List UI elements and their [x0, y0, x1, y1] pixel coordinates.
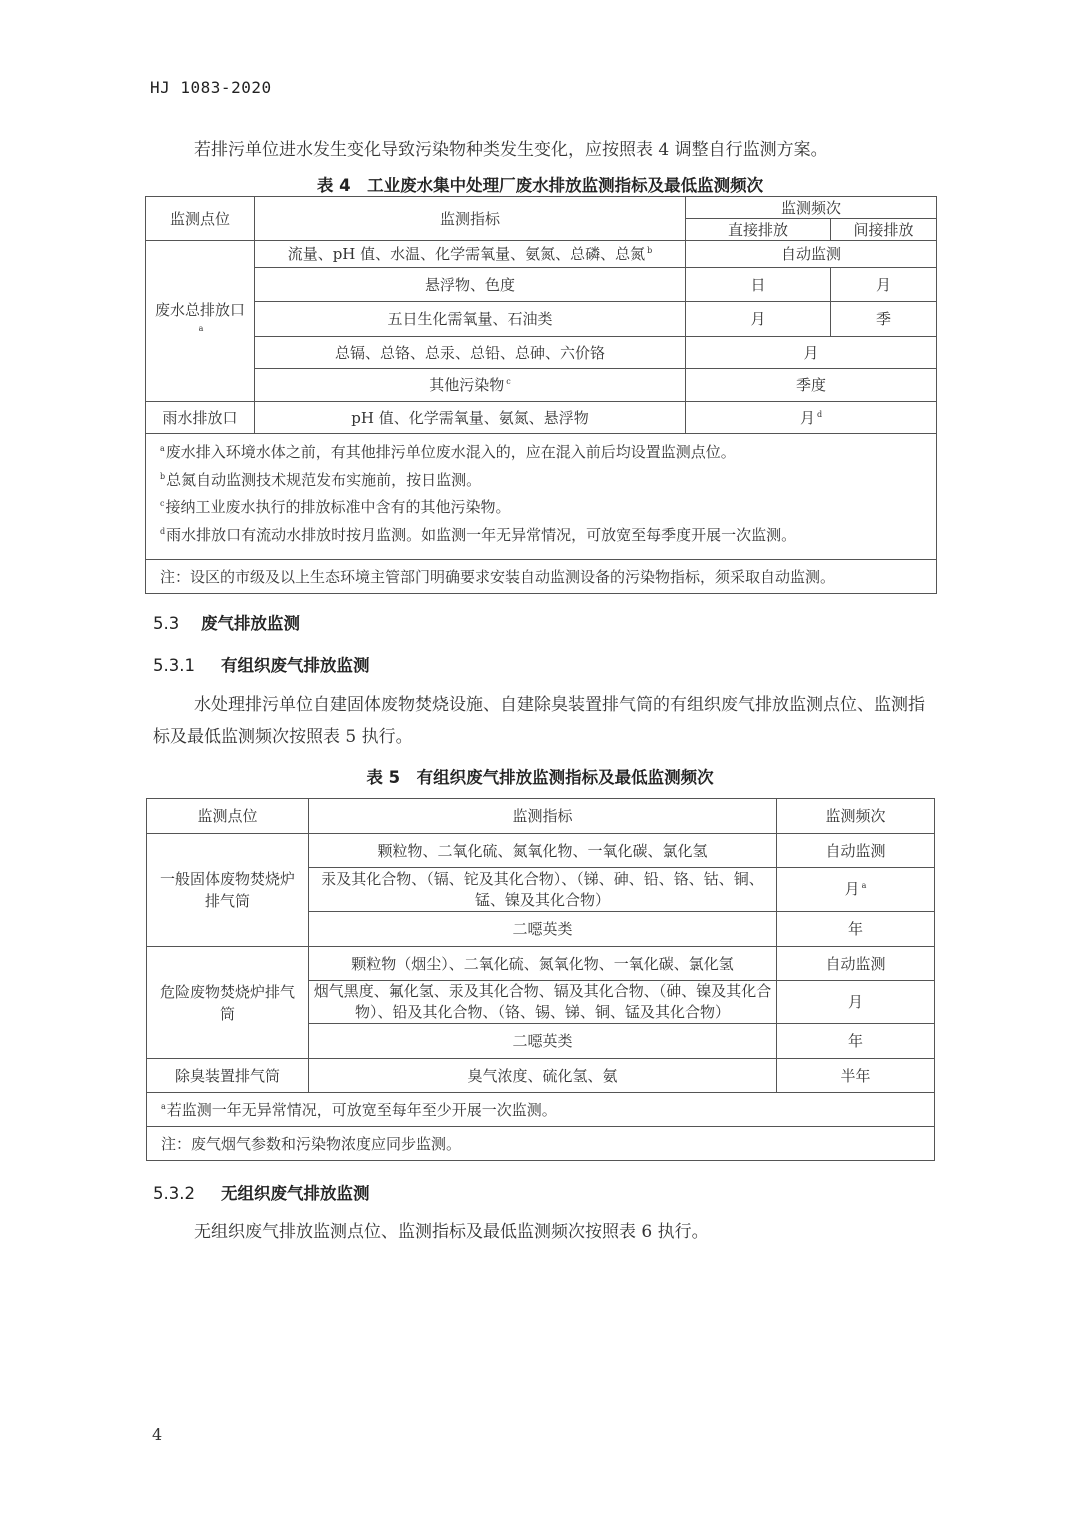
indicator-cell: 颗粒物、二氧化硫、氮氧化物、一氧化碳、氯化氢 [309, 834, 777, 868]
table-row: 废水总排放口a 流量、pH 值、水温、化学需氧量、氨氮、总磷、总氮b 自动监测 [146, 241, 937, 268]
table-row: 雨水排放口 pH 值、化学需氧量、氨氮、悬浮物 月d [146, 402, 937, 434]
table-row: 悬浮物、色度 日 月 [146, 268, 937, 302]
footnote-mark: a [862, 881, 867, 890]
footnote: a废水排入环境水体之前，有其他排污单位废水混入的，应在混入前后均设置监测点位。 [160, 439, 932, 467]
section-title: 有组织废气排放监测 [221, 656, 370, 675]
table5-header-location: 监测点位 [147, 799, 309, 834]
table4-header-indirect: 间接排放 [831, 219, 937, 241]
table5-remark-row: 注：废气烟气参数和污染物浓度应同步监测。 [147, 1127, 935, 1161]
table5: 监测点位 监测指标 监测频次 一般固体废物焚烧炉排气筒 颗粒物、二氧化硫、氮氧化… [146, 798, 935, 1161]
footnote-mark: c [506, 377, 510, 386]
footnote: c接纳工业废水执行的排放标准中含有的其他污染物。 [160, 494, 932, 522]
footnote: b总氮自动监测技术规范发布实施前，按日监测。 [160, 467, 932, 495]
table4-footnotes-row: a废水排入环境水体之前，有其他排污单位废水混入的，应在混入前后均设置监测点位。 … [146, 434, 937, 560]
footnote-mark: a [199, 324, 204, 333]
indicator-cell: 五日生化需氧量、石油类 [255, 302, 686, 337]
frequency-cell: 半年 [777, 1059, 935, 1093]
frequency-cell: 月 [686, 337, 937, 369]
table4-caption: 表 4 工业废水集中处理厂废水排放监测指标及最低监测频次 [140, 172, 940, 196]
section-heading-5-3-1: 5.3.1有组织废气排放监测 [153, 652, 370, 676]
section-5-3-2-paragraph: 无组织废气排放监测点位、监测指标及最低监测频次按照表 6 执行。 [194, 1216, 709, 1248]
table5-header-row: 监测点位 监测指标 监测频次 [147, 799, 935, 834]
table5-caption: 表 5 有组织废气排放监测指标及最低监测频次 [140, 764, 940, 788]
table5-location-cell: 一般固体废物焚烧炉排气筒 [147, 834, 309, 947]
table4-remark-row: 注：设区的市级及以上生态环境主管部门明确要求安装自动监测设备的污染物指标，须采取… [146, 560, 937, 594]
frequency-cell: 月d [686, 402, 937, 434]
table4-location-cell: 废水总排放口a [146, 241, 255, 402]
table4-header-location: 监测点位 [146, 197, 255, 241]
indicator-cell: 烟气黑度、氟化氢、汞及其化合物、镉及其化合物、（砷、镍及其化合物）、铅及其化合物… [309, 981, 777, 1024]
table5-header-indicator: 监测指标 [309, 799, 777, 834]
indicator-cell: 二噁英类 [309, 1024, 777, 1059]
indicator-cell: 总镉、总铬、总汞、总铅、总砷、六价铬 [255, 337, 686, 369]
frequency-direct-cell: 月 [686, 302, 831, 337]
table5-location-cell: 危险废物焚烧炉排气筒 [147, 947, 309, 1059]
frequency-cell: 月a [777, 868, 935, 912]
indicator-cell: 颗粒物（烟尘）、二氧化硫、氮氧化物、一氧化碳、氯化氢 [309, 947, 777, 981]
table4-header-direct: 直接排放 [686, 219, 831, 241]
table-row: 除臭装置排气筒 臭气浓度、硫化氢、氨 半年 [147, 1059, 935, 1093]
footnote: a若监测一年无异常情况，可放宽至每年至少开展一次监测。 [147, 1093, 935, 1127]
frequency-cell: 年 [777, 1024, 935, 1059]
table4-footnotes: a废水排入环境水体之前，有其他排污单位废水混入的，应在混入前后均设置监测点位。 … [146, 434, 937, 560]
table4-header-indicator: 监测指标 [255, 197, 686, 241]
indicator-cell: 二噁英类 [309, 912, 777, 947]
table4: 监测点位 监测指标 监测频次 直接排放 间接排放 废水总排放口a 流量、pH 值… [145, 196, 937, 594]
table5-remark: 注：废气烟气参数和污染物浓度应同步监测。 [147, 1127, 935, 1161]
frequency-cell: 季度 [686, 369, 937, 402]
table4-location-cell: 雨水排放口 [146, 402, 255, 434]
page-number: 4 [152, 1425, 162, 1444]
section-number: 5.3.1 [153, 656, 221, 675]
section-heading-5-3: 5.3废气排放监测 [153, 610, 300, 634]
location-text: 废水总排放口 [155, 301, 245, 319]
table-row: 其他污染物c 季度 [146, 369, 937, 402]
section-title: 废气排放监测 [201, 614, 300, 633]
indicator-cell: pH 值、化学需氧量、氨氮、悬浮物 [255, 402, 686, 434]
table-row: 五日生化需氧量、石油类 月 季 [146, 302, 937, 337]
intro-paragraph: 若排污单位进水发生变化导致污染物种类发生变化，应按照表 4 调整自行监测方案。 [194, 134, 828, 166]
frequency-cell: 自动监测 [686, 241, 937, 268]
frequency-direct-cell: 日 [686, 268, 831, 302]
footnote-mark: d [817, 410, 822, 419]
frequency-cell: 月 [777, 981, 935, 1024]
section-number: 5.3 [153, 614, 201, 633]
indicator-cell: 其他污染物c [255, 369, 686, 402]
document-id: HJ 1083-2020 [150, 78, 272, 97]
frequency-cell: 自动监测 [777, 947, 935, 981]
table-row: 总镉、总铬、总汞、总铅、总砷、六价铬 月 [146, 337, 937, 369]
section-heading-5-3-2: 5.3.2无组织废气排放监测 [153, 1180, 370, 1204]
section-title: 无组织废气排放监测 [221, 1184, 370, 1203]
indicator-cell: 悬浮物、色度 [255, 268, 686, 302]
section-number: 5.3.2 [153, 1184, 221, 1203]
frequency-indirect-cell: 季 [831, 302, 937, 337]
indicator-cell: 臭气浓度、硫化氢、氨 [309, 1059, 777, 1093]
footnote-mark: b [647, 246, 652, 255]
table5-header-frequency: 监测频次 [777, 799, 935, 834]
frequency-cell: 年 [777, 912, 935, 947]
indicator-cell: 汞及其化合物、（镉、铊及其化合物）、（锑、砷、铅、铬、钴、铜、锰、镍及其化合物） [309, 868, 777, 912]
table4-remark: 注：设区的市级及以上生态环境主管部门明确要求安装自动监测设备的污染物指标，须采取… [146, 560, 937, 594]
table4-header-row: 监测点位 监测指标 监测频次 [146, 197, 937, 219]
section-5-3-1-paragraph: 水处理排污单位自建固体废物焚烧设施、自建除臭装置排气筒的有组织废气排放监测点位、… [153, 689, 933, 753]
frequency-indirect-cell: 月 [831, 268, 937, 302]
frequency-cell: 自动监测 [777, 834, 935, 868]
table5-footnotes-row: a若监测一年无异常情况，可放宽至每年至少开展一次监测。 [147, 1093, 935, 1127]
table-row: 危险废物焚烧炉排气筒 颗粒物（烟尘）、二氧化硫、氮氧化物、一氧化碳、氯化氢 自动… [147, 947, 935, 981]
indicator-cell: 流量、pH 值、水温、化学需氧量、氨氮、总磷、总氮b [255, 241, 686, 268]
table5-location-cell: 除臭装置排气筒 [147, 1059, 309, 1093]
footnote: d雨水排放口有流动水排放时按月监测。如监测一年无异常情况，可放宽至每季度开展一次… [160, 522, 932, 550]
table-row: 一般固体废物焚烧炉排气筒 颗粒物、二氧化硫、氮氧化物、一氧化碳、氯化氢 自动监测 [147, 834, 935, 868]
table4-header-frequency: 监测频次 [686, 197, 937, 219]
